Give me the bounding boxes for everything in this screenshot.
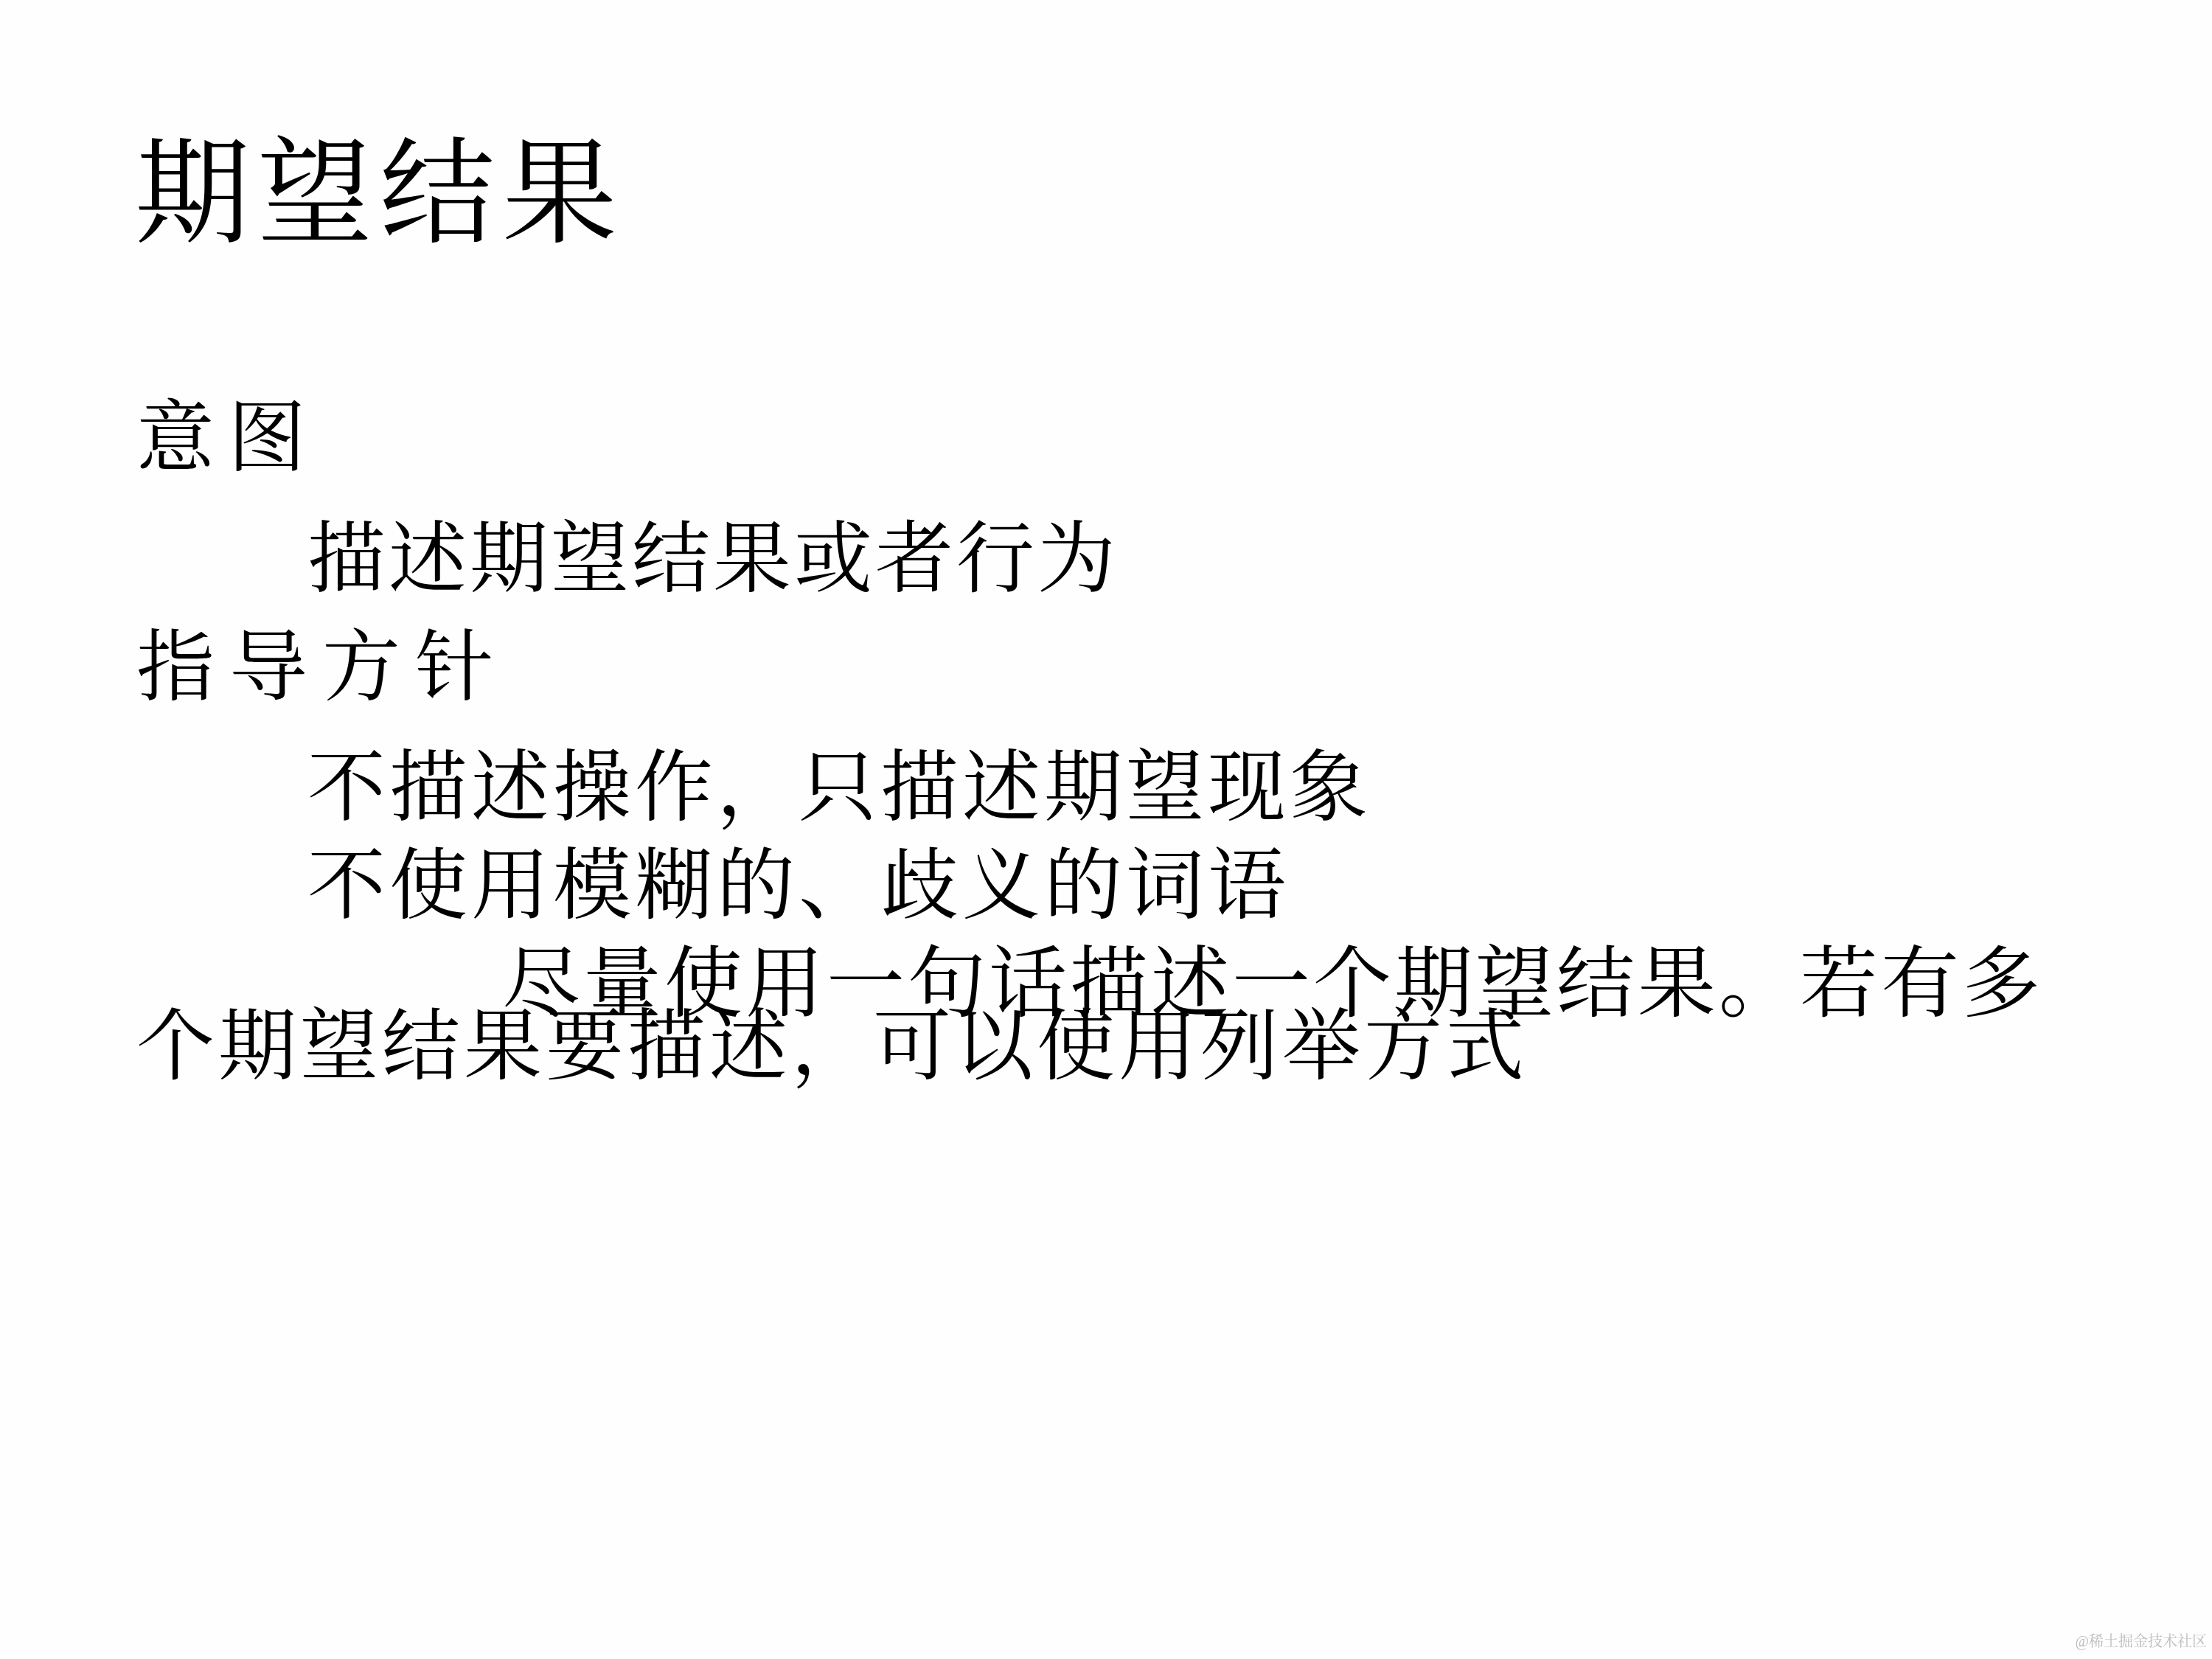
bullet-describe-phenomena-only: 不描述操作，只描述期望现象: [307, 749, 1371, 827]
watermark-text: @稀土掘金技术社区: [2076, 1632, 2207, 1652]
bullet-one-sentence-line2: 个期望结果要描述，可以使用列举方式: [136, 1008, 1528, 1086]
bullet-no-vague-words: 不使用模糊的、歧义的词语: [307, 847, 1290, 925]
heading-intent: 意图: [136, 400, 319, 478]
slide-canvas: 期望结果 意图 描述期望结果或者行为 指导方针 不描述操作，只描述期望现象 不使…: [0, 0, 2212, 1659]
slide-title: 期望结果: [135, 137, 625, 252]
heading-guidelines: 指导方针: [136, 629, 508, 707]
bullet-intent-description: 描述期望结果或者行为: [307, 521, 1119, 599]
